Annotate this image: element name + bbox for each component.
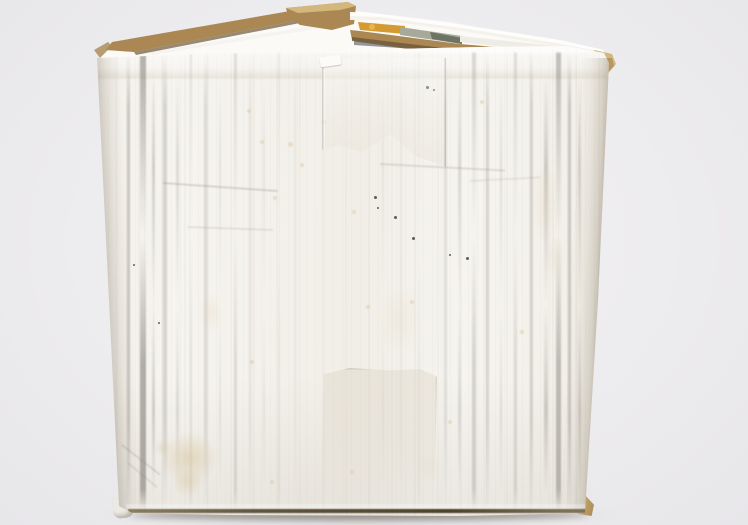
stain-fleck [480, 100, 484, 104]
grime-streak [278, 52, 280, 512]
photo-of-cardboard-box [0, 0, 748, 525]
ink-speck [374, 196, 377, 199]
water-stain [546, 236, 564, 278]
stain-fleck [288, 142, 293, 147]
bottom-worn-edge [128, 509, 588, 513]
grime-streak [219, 52, 221, 512]
grime-streak [458, 52, 461, 512]
stain-fleck [260, 140, 264, 144]
grime-streak [472, 52, 476, 512]
water-stain [172, 468, 204, 496]
ink-speck [466, 257, 469, 260]
ink-speck [449, 254, 451, 256]
packing-tape-lower [319, 368, 437, 494]
stain-fleck [410, 300, 414, 304]
stain-fleck [270, 480, 274, 484]
stain-fleck [366, 305, 370, 309]
grime-streak [544, 52, 548, 512]
ink-speck [394, 216, 397, 219]
water-stain [198, 292, 224, 334]
stain-fleck [352, 210, 356, 214]
ink-speck [133, 264, 135, 266]
stain-fleck [300, 163, 304, 167]
stain-fleck [448, 420, 452, 424]
printed-paper-yellow-dot [369, 24, 375, 30]
ink-speck [377, 207, 379, 209]
grime-streak [249, 52, 251, 512]
ink-speck [158, 322, 160, 324]
stain-fleck [250, 360, 254, 364]
water-stain [532, 160, 558, 244]
grime-streak [486, 52, 489, 512]
water-stain [154, 440, 172, 456]
stain-fleck [273, 196, 277, 200]
ink-speck [412, 237, 415, 240]
stain-fleck [520, 330, 524, 334]
grime-streak [294, 52, 296, 512]
water-stain [378, 288, 422, 352]
stain-fleck [247, 109, 251, 113]
grime-streak [263, 52, 265, 512]
grime-streak [556, 52, 561, 512]
grime-streak [140, 52, 146, 512]
grime-streak [530, 52, 533, 512]
grime-streak [500, 52, 502, 512]
grime-streak [234, 52, 237, 512]
grime-streak [514, 52, 517, 512]
